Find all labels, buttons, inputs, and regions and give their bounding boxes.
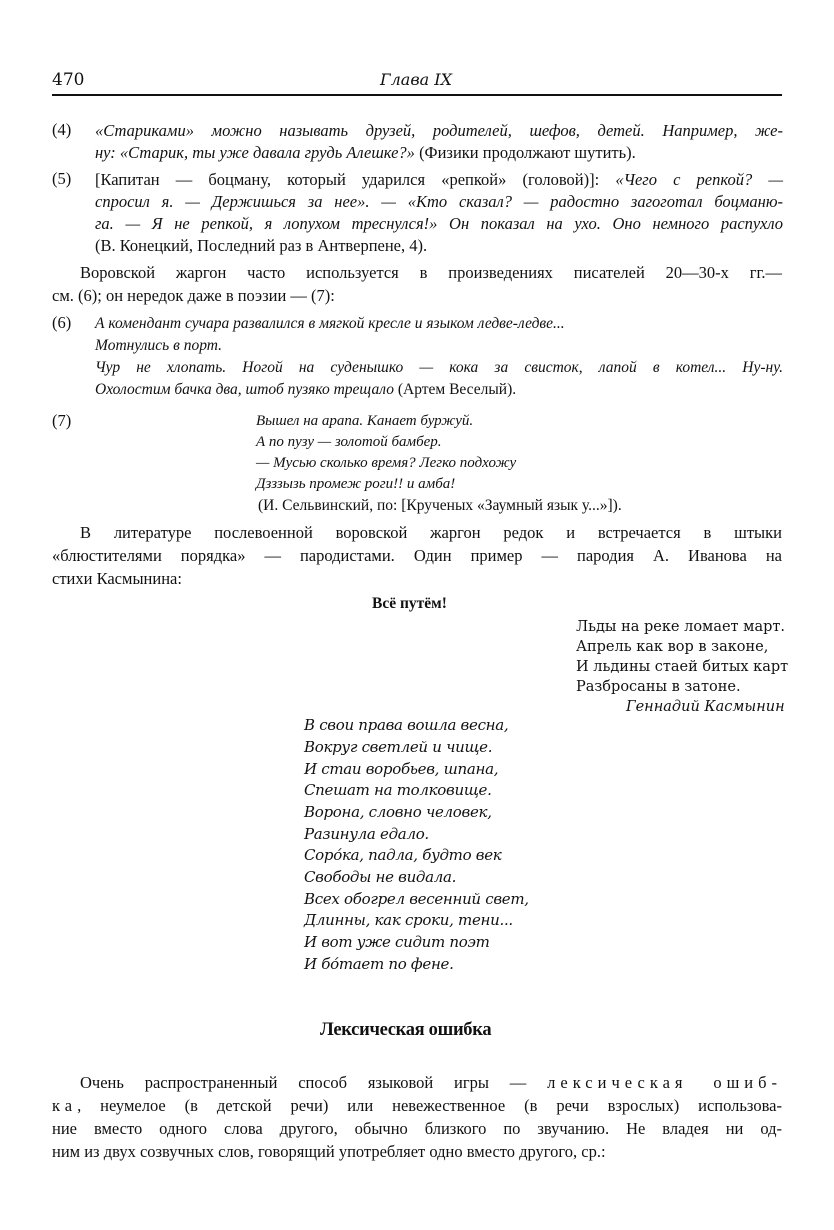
example-4-line-1: «Стариками» можно называть друзей, родит… [95, 120, 783, 142]
example-5-line-2: спросил я. — Держишься за нее». — «Кто с… [95, 191, 783, 213]
parody-line-5: Ворона, словно человек, [304, 802, 492, 824]
paragraph-2-line-3: стихи Касмынина: [52, 568, 182, 590]
example-number-4: (4) [52, 120, 71, 140]
running-head-chapter: Глава IX [380, 70, 452, 89]
example-6-source: (Артем Веселый). [394, 381, 516, 398]
example-5-source: (В. Конецкий, Последний раз в Антверпене… [95, 235, 427, 257]
example-6-line-2: Мотнулись в порт. [95, 335, 222, 357]
example-7-line-2: А по пузу — золотой бамбер. [256, 432, 442, 454]
paragraph-2-line-2: «блюстителями порядка» — пародистами. Од… [52, 545, 782, 567]
example-6-line-4: Охолостим бачка два, штоб пузяко трещало… [95, 379, 516, 401]
term-lexical-error-end: ка [52, 1096, 77, 1115]
example-5-context: [Капитан — боцману, который ударился «ре… [95, 170, 615, 189]
parody-line-8: Свободы не видала. [304, 867, 456, 889]
example-6-line-1: А комендант сучара развалился в мягкой к… [95, 313, 565, 335]
example-6-text: Охолостим бачка два, штоб пузяко трещало [95, 381, 394, 398]
example-7-line-3: — Мусью сколько время? Легко подхожу [256, 453, 516, 475]
epigraph-line-1: Льды на реке ломает март. [576, 617, 785, 637]
example-5-line-3: га. — Я не репкой, я лопухом треснулся!»… [95, 213, 783, 235]
example-number-6: (6) [52, 313, 71, 333]
section-paragraph-line-3: ние вместо одного слова другого, обычно … [52, 1118, 782, 1140]
parody-line-10: Длинны, как сроки, тени... [304, 910, 513, 932]
epigraph-author: Геннадий Касмынин [626, 697, 785, 717]
section-paragraph-line-2: ка, неумелое (в детской речи) или невеже… [52, 1095, 782, 1117]
example-4-source: (Физики продолжают шутить). [415, 143, 636, 162]
example-number-7: (7) [52, 411, 71, 431]
parody-line-11: И вот уже сидит поэт [304, 932, 490, 954]
example-7-line-1: Вышел на арапа. Канает буржуй. [256, 411, 473, 433]
example-5-quote-start: «Чего с репкой? — [615, 170, 783, 189]
example-number-5: (5) [52, 169, 71, 189]
epigraph-line-2: Апрель как вор в законе, [576, 637, 768, 657]
parody-line-7: Соро́ка, падла, будто век [304, 845, 501, 867]
parody-line-6: Разинула едало. [304, 824, 429, 846]
parody-line-12: И бо́тает по фене. [304, 954, 454, 976]
term-lexical-error: лексическая ошиб- [547, 1073, 782, 1092]
parody-line-1: В свои права вошла весна, [304, 715, 508, 737]
parody-line-4: Спешат на толковище. [304, 780, 492, 802]
example-7-source: (И. Сельвинский, по: [Крученых «Заумный … [258, 495, 622, 517]
section-paragraph-line-2-text: , неумелое (в детской речи) или невежест… [77, 1096, 782, 1115]
example-4-quote: ну: «Старик, ты уже давала грудь Алешке?… [95, 143, 415, 162]
parody-line-9: Всех обогрел весенний свет, [304, 889, 529, 911]
parody-title: Всё путём! [372, 595, 447, 613]
epigraph-line-4: Разбросаны в затоне. [576, 677, 741, 697]
paragraph-1-line-2: см. (6); он нередок даже в поэзии — (7): [52, 285, 335, 307]
header-rule [52, 94, 782, 96]
paragraph-1-line-1: Воровской жаргон часто используется в пр… [80, 262, 782, 284]
example-6-line-3: Чур не хлопать. Ногой на суденышко — кок… [95, 357, 783, 379]
page-number: 470 [52, 70, 84, 90]
section-paragraph-line-4: ним из двух созвучных слов, говорящий уп… [52, 1141, 606, 1163]
section-heading: Лексическая ошибка [320, 1020, 491, 1041]
paragraph-2-line-1: В литературе послевоенной воровской жарг… [80, 522, 782, 544]
example-5-line-1: [Капитан — боцману, который ударился «ре… [95, 169, 783, 191]
epigraph-line-3: И льдины стаей битых карт [576, 657, 788, 677]
parody-line-3: И стаи воробьев, шпана, [304, 759, 498, 781]
section-paragraph-line-1: Очень распространенный способ языковой и… [80, 1072, 782, 1094]
example-4-line-2: ну: «Старик, ты уже давала грудь Алешке?… [95, 142, 636, 164]
section-paragraph-intro: Очень распространенный способ языковой и… [80, 1073, 547, 1092]
parody-line-2: Вокруг светлей и чище. [304, 737, 492, 759]
example-7-line-4: Дзззызь промеж роги!! и амба! [256, 474, 455, 496]
